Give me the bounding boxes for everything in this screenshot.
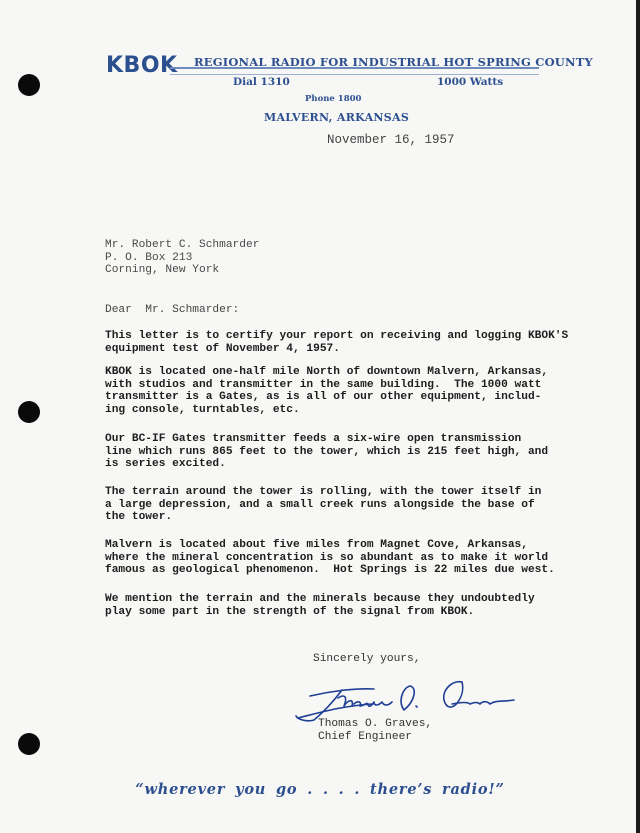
signatory-title: Chief Engineer	[318, 731, 432, 744]
letter-page: KBOK REGIONAL RADIO FOR INDUSTRIAL HOT S…	[0, 0, 640, 833]
recipient-address: Mr. Robert C. SchmarderP. O. Box 213Corn…	[105, 239, 259, 277]
signatory-name: Thomas O. Graves,	[318, 718, 432, 731]
punch-hole	[18, 401, 40, 423]
salutation: Dear Mr. Schmarder:	[105, 304, 239, 317]
footer-motto: “wherever you go . . . . there’s radio!”	[0, 781, 640, 798]
body-paragraph: KBOK is located one-half mile North of d…	[105, 366, 548, 416]
handwritten-signature-icon	[292, 676, 522, 724]
signatory-block: Thomas O. Graves,Chief Engineer	[318, 718, 432, 743]
body-paragraph: We mention the terrain and the minerals …	[105, 593, 535, 618]
punch-hole	[18, 733, 40, 755]
body-paragraph: This letter is to certify your report on…	[105, 330, 568, 355]
letterhead-city: MALVERN, ARKANSAS	[264, 111, 409, 124]
station-logo: KBOK	[106, 53, 178, 78]
letterhead-power: 1000 Watts	[437, 76, 503, 88]
body-paragraph: Malvern is located about five miles from…	[105, 539, 555, 577]
letterhead-dial: Dial 1310	[233, 76, 290, 88]
body-paragraph: Our BC-IF Gates transmitter feeds a six-…	[105, 433, 548, 471]
recipient-box: P. O. Box 213	[105, 252, 259, 265]
closing: Sincerely yours,	[313, 653, 420, 666]
letterhead-phone: Phone 1800	[305, 94, 361, 104]
letterhead-tagline: REGIONAL RADIO FOR INDUSTRIAL HOT SPRING…	[194, 55, 593, 69]
recipient-city: Corning, New York	[105, 264, 259, 277]
body-paragraph: The terrain around the tower is rolling,…	[105, 486, 541, 524]
letter-date: November 16, 1957	[327, 134, 455, 147]
recipient-name: Mr. Robert C. Schmarder	[105, 239, 259, 252]
punch-hole	[18, 74, 40, 96]
